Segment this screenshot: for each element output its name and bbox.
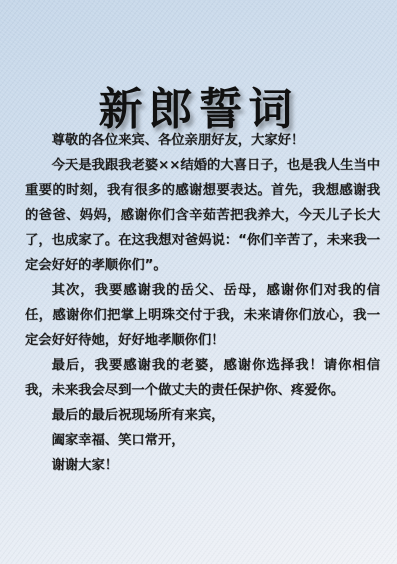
paragraph-wife: 最后，我要感谢我的老婆，感谢你选择我！请你相信我，未来我会尽到一个做丈夫的责任保… bbox=[25, 353, 380, 403]
paragraph-closing-2: 阖家幸福、笑口常开， bbox=[25, 428, 380, 453]
paragraph-parents: 今天是我跟我老婆××结婚的大喜日子，也是我人生当中重要的时刻，我有很多的感谢想要… bbox=[25, 153, 380, 278]
vow-body: 尊敬的各位来宾、各位亲朋好友，大家好！ 今天是我跟我老婆××结婚的大喜日子，也是… bbox=[25, 128, 380, 478]
paragraph-in-laws: 其次，我要感谢我的岳父、岳母，感谢你们对我的信任，感谢你们把掌上明珠交付于我，未… bbox=[25, 278, 380, 353]
paragraph-greeting: 尊敬的各位来宾、各位亲朋好友，大家好！ bbox=[25, 128, 380, 153]
paragraph-closing-1: 最后的最后祝现场所有来宾， bbox=[25, 403, 380, 428]
paragraph-thanks: 谢谢大家！ bbox=[25, 453, 380, 478]
